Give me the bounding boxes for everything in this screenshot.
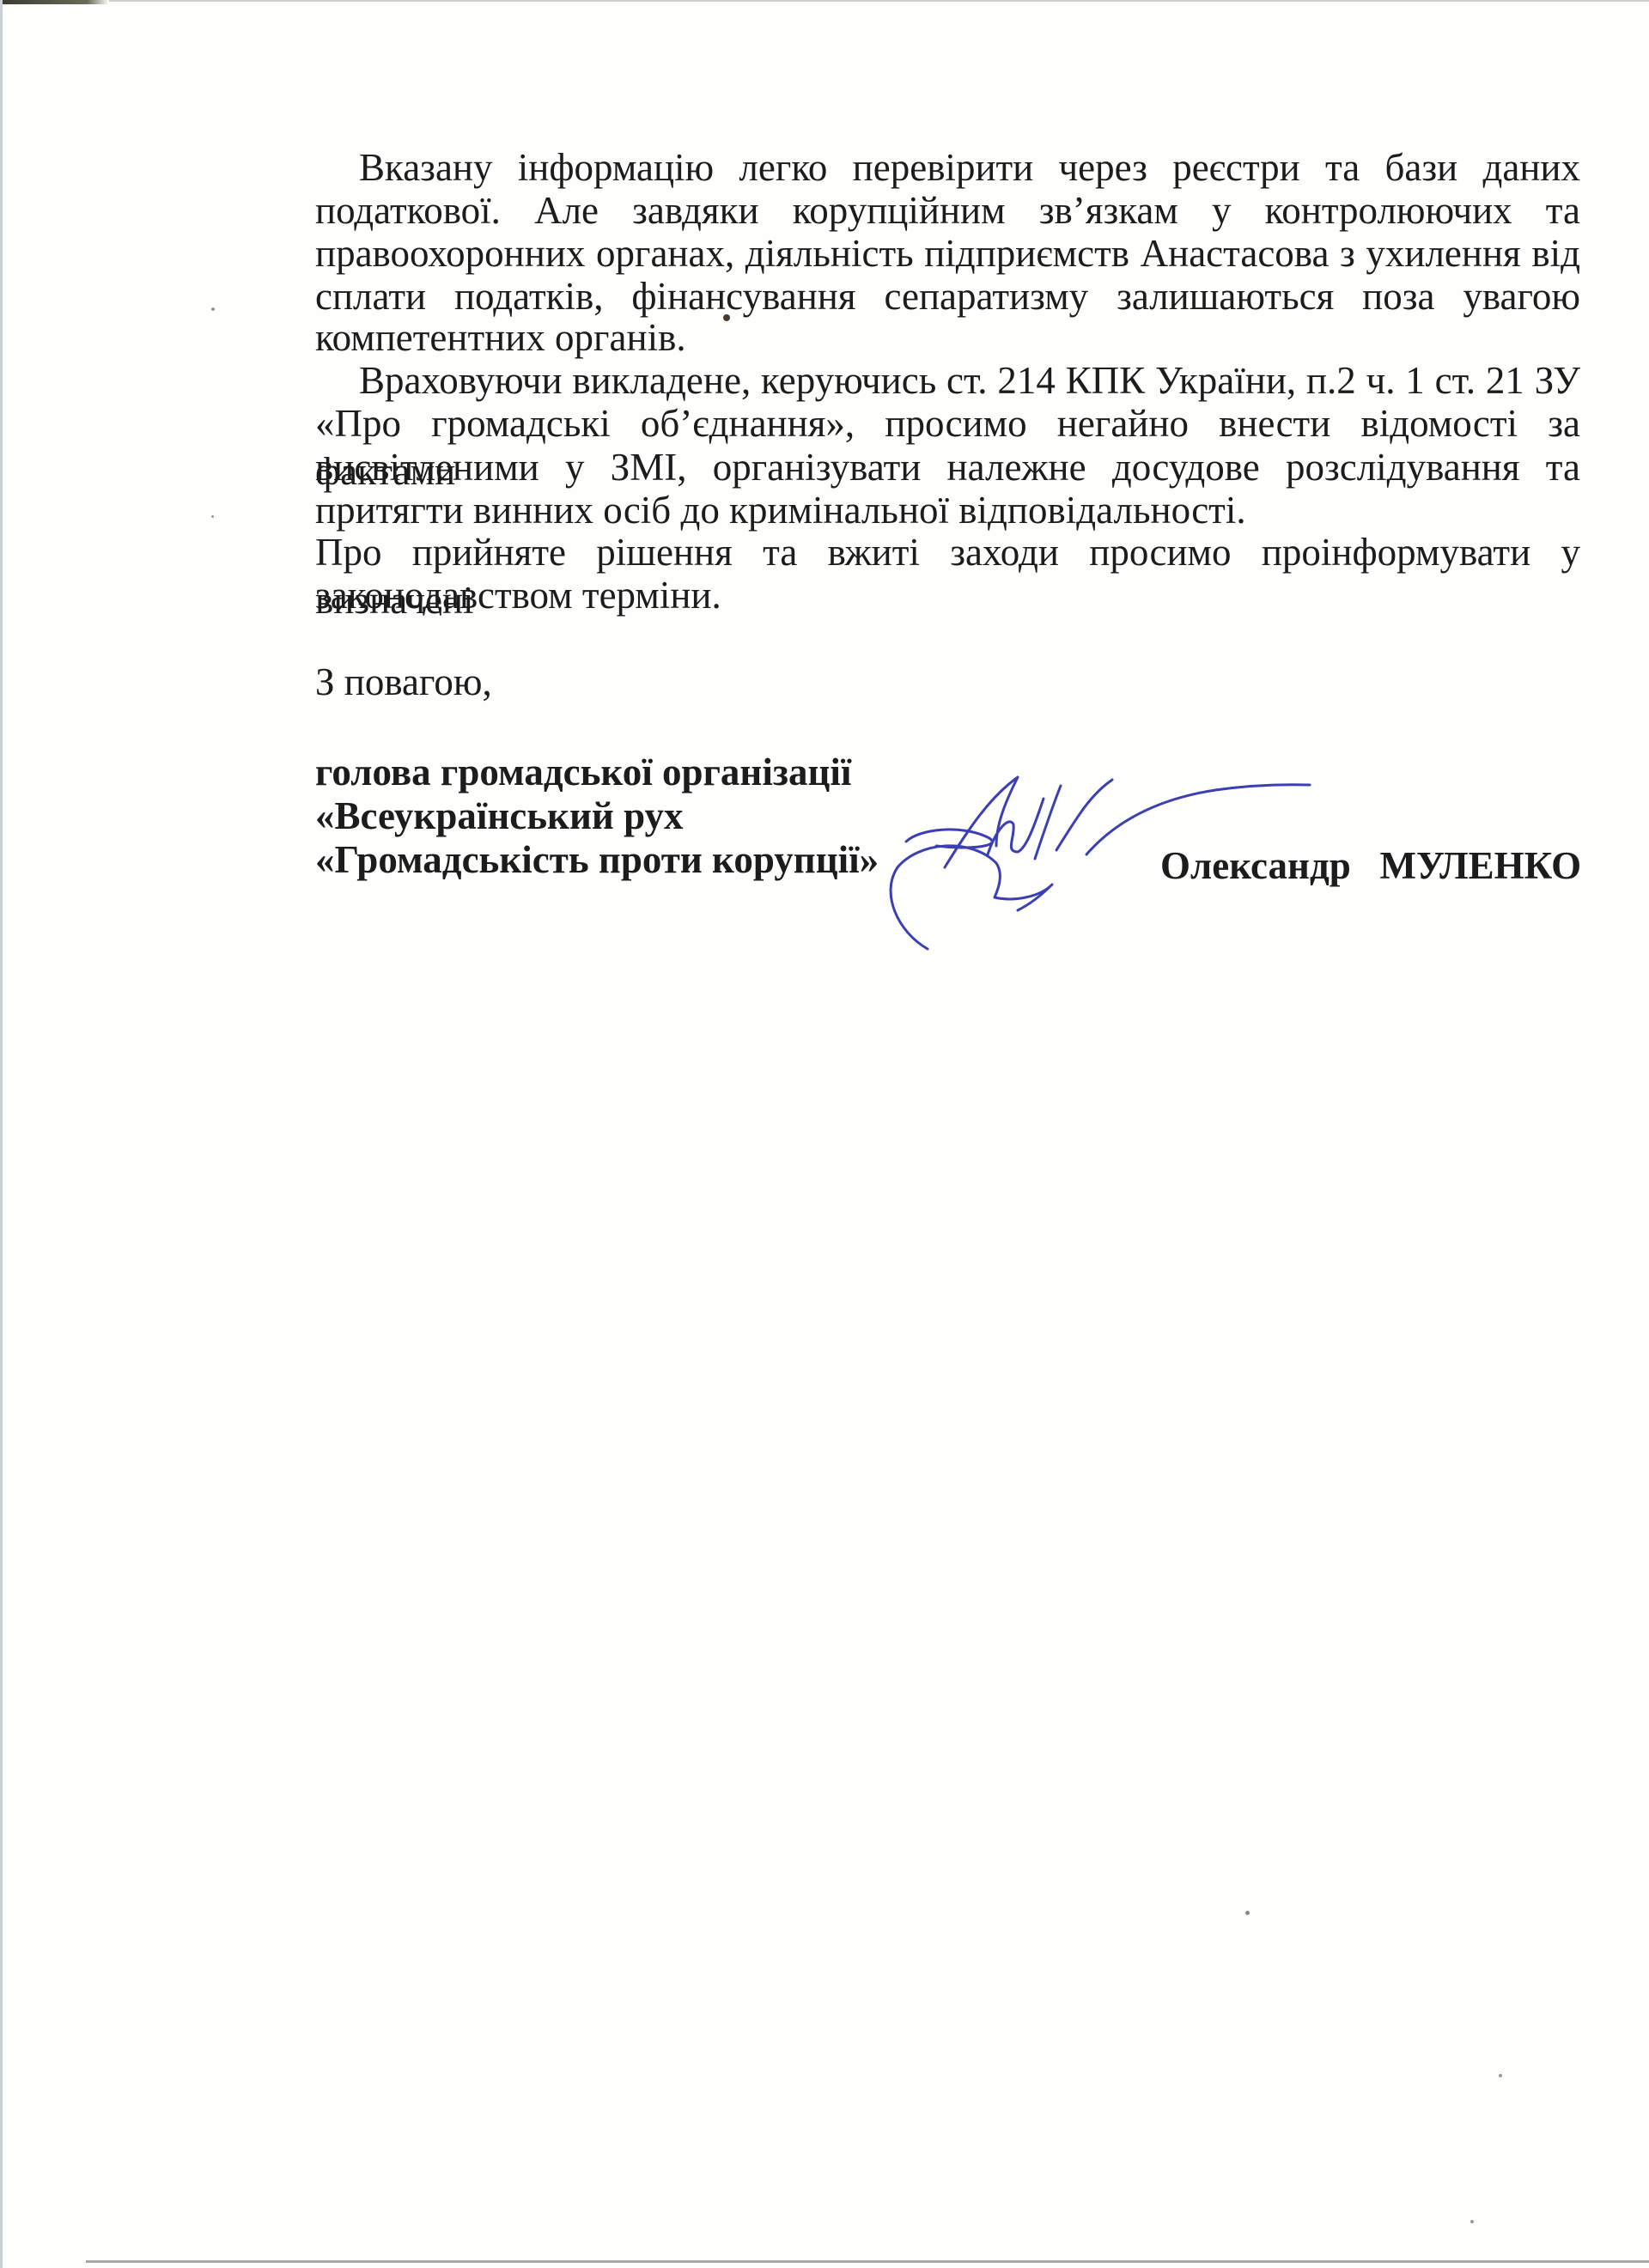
signatory-name: Олександр МУЛЕНКО (1160, 842, 1573, 890)
signatory-title-line-1: голова громадської організації (315, 748, 865, 796)
paragraph-1-line-3: правоохоронних органах, діяльність підпр… (315, 229, 1580, 277)
scan-top-edge (109, 0, 1649, 2)
scan-left-edge (0, 0, 3, 2268)
paragraph-3-line-1: Про прийняте рішення та вжиті заходи про… (315, 528, 1580, 576)
scan-edge-shadow (0, 0, 109, 4)
signatory-title-line-3: «Громадськість проти корупції» (315, 836, 882, 884)
paragraph-2-line-1: Враховуючи викладене, керуючись ст. 214 … (359, 356, 1580, 404)
paragraph-1-line-5: компетентних органів. (315, 313, 1580, 362)
paragraph-1-line-2: податкової. Але завдяки корупційним зв’я… (315, 186, 1580, 234)
paragraph-1-line-1: Вказану інформацію легко перевірити чере… (359, 143, 1580, 192)
dust-speck (211, 515, 214, 518)
dust-speck (211, 307, 215, 311)
dust-speck (1245, 1911, 1250, 1915)
scan-bottom-edge (86, 2260, 1649, 2263)
signatory-title-line-2: «Всеукраїнський рух (315, 792, 865, 840)
paragraph-2-line-3: висвітленими у ЗМІ, організувати належне… (315, 443, 1580, 491)
scanned-document-page: Вказану інформацію легко перевірити чере… (0, 0, 1649, 2268)
dust-speck (1470, 2220, 1474, 2223)
closing-salutation: З повагою, (315, 658, 1580, 706)
paragraph-2-line-2: «Про громадські об’єднання», просимо нег… (315, 399, 1580, 447)
paragraph-3-line-2: законодавством терміни. (315, 571, 1580, 619)
paragraph-2-line-4: притягти винних осіб до кримінальної від… (315, 486, 1580, 534)
dust-speck (1499, 2074, 1502, 2077)
